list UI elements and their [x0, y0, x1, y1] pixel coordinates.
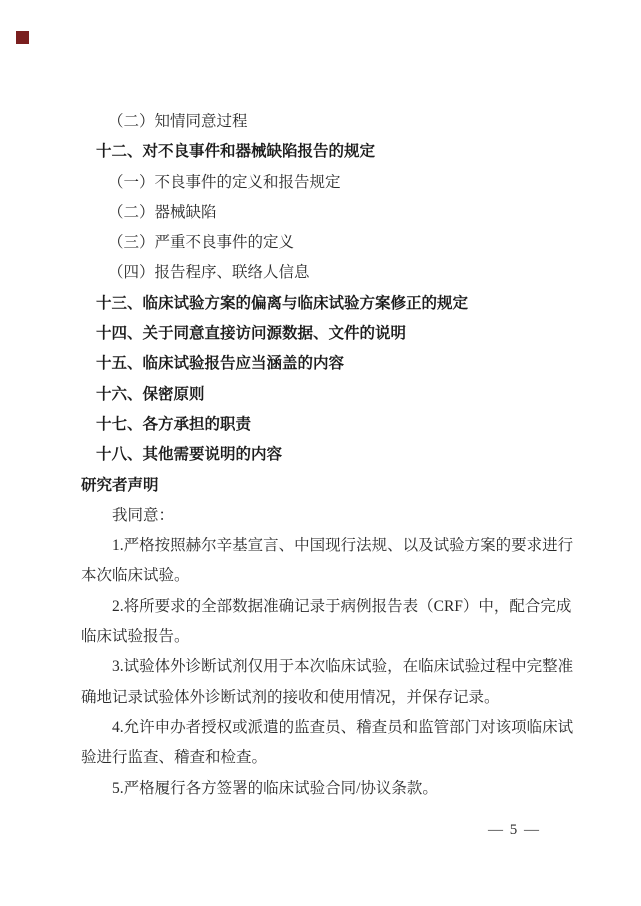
- page-number: — 5 —: [488, 820, 541, 840]
- toc-item: 十五、临床试验报告应当涵盖的内容: [0, 349, 641, 379]
- toc-item: （二）器械缺陷: [0, 198, 641, 228]
- red-square-watermark-icon: [16, 31, 29, 44]
- page-content: （二）知情同意过程 十二、对不良事件和器械缺陷报告的规定 （一）不良事件的定义和…: [0, 107, 641, 804]
- statement-line: 验进行监查、稽查和检查。: [0, 743, 641, 773]
- toc-item: （三）严重不良事件的定义: [0, 228, 641, 258]
- toc-item: 十七、各方承担的职责: [0, 410, 641, 440]
- statement-line: 临床试验报告。: [0, 622, 641, 652]
- statement-line: 1.严格按照赫尔辛基宣言、中国现行法规、以及试验方案的要求进行: [0, 531, 641, 561]
- document-page: （二）知情同意过程 十二、对不良事件和器械缺陷报告的规定 （一）不良事件的定义和…: [0, 0, 641, 906]
- statement-line: 4.允许申办者授权或派遣的监查员、稽查员和监管部门对该项临床试: [0, 713, 641, 743]
- toc-item: 十四、关于同意直接访问源数据、文件的说明: [0, 319, 641, 349]
- declaration-intro: 我同意：: [0, 501, 641, 531]
- toc-item: 十八、其他需要说明的内容: [0, 440, 641, 470]
- statement-line: 5.严格履行各方签署的临床试验合同/协议条款。: [0, 774, 641, 804]
- toc-item: 十三、临床试验方案的偏离与临床试验方案修正的规定: [0, 289, 641, 319]
- statement-line: 3.试验体外诊断试剂仅用于本次临床试验，在临床试验过程中完整准: [0, 652, 641, 682]
- toc-item: （一）不良事件的定义和报告规定: [0, 168, 641, 198]
- toc-item: （二）知情同意过程: [0, 107, 641, 137]
- statement-line: 确地记录试验体外诊断试剂的接收和使用情况，并保存记录。: [0, 683, 641, 713]
- toc-item: （四）报告程序、联络人信息: [0, 258, 641, 288]
- toc-item: 十六、保密原则: [0, 380, 641, 410]
- statement-line: 2.将所要求的全部数据准确记录于病例报告表（CRF）中，配合完成: [0, 592, 641, 622]
- statement-line: 本次临床试验。: [0, 561, 641, 591]
- declaration-heading: 研究者声明: [0, 471, 641, 501]
- toc-item: 十二、对不良事件和器械缺陷报告的规定: [0, 137, 641, 167]
